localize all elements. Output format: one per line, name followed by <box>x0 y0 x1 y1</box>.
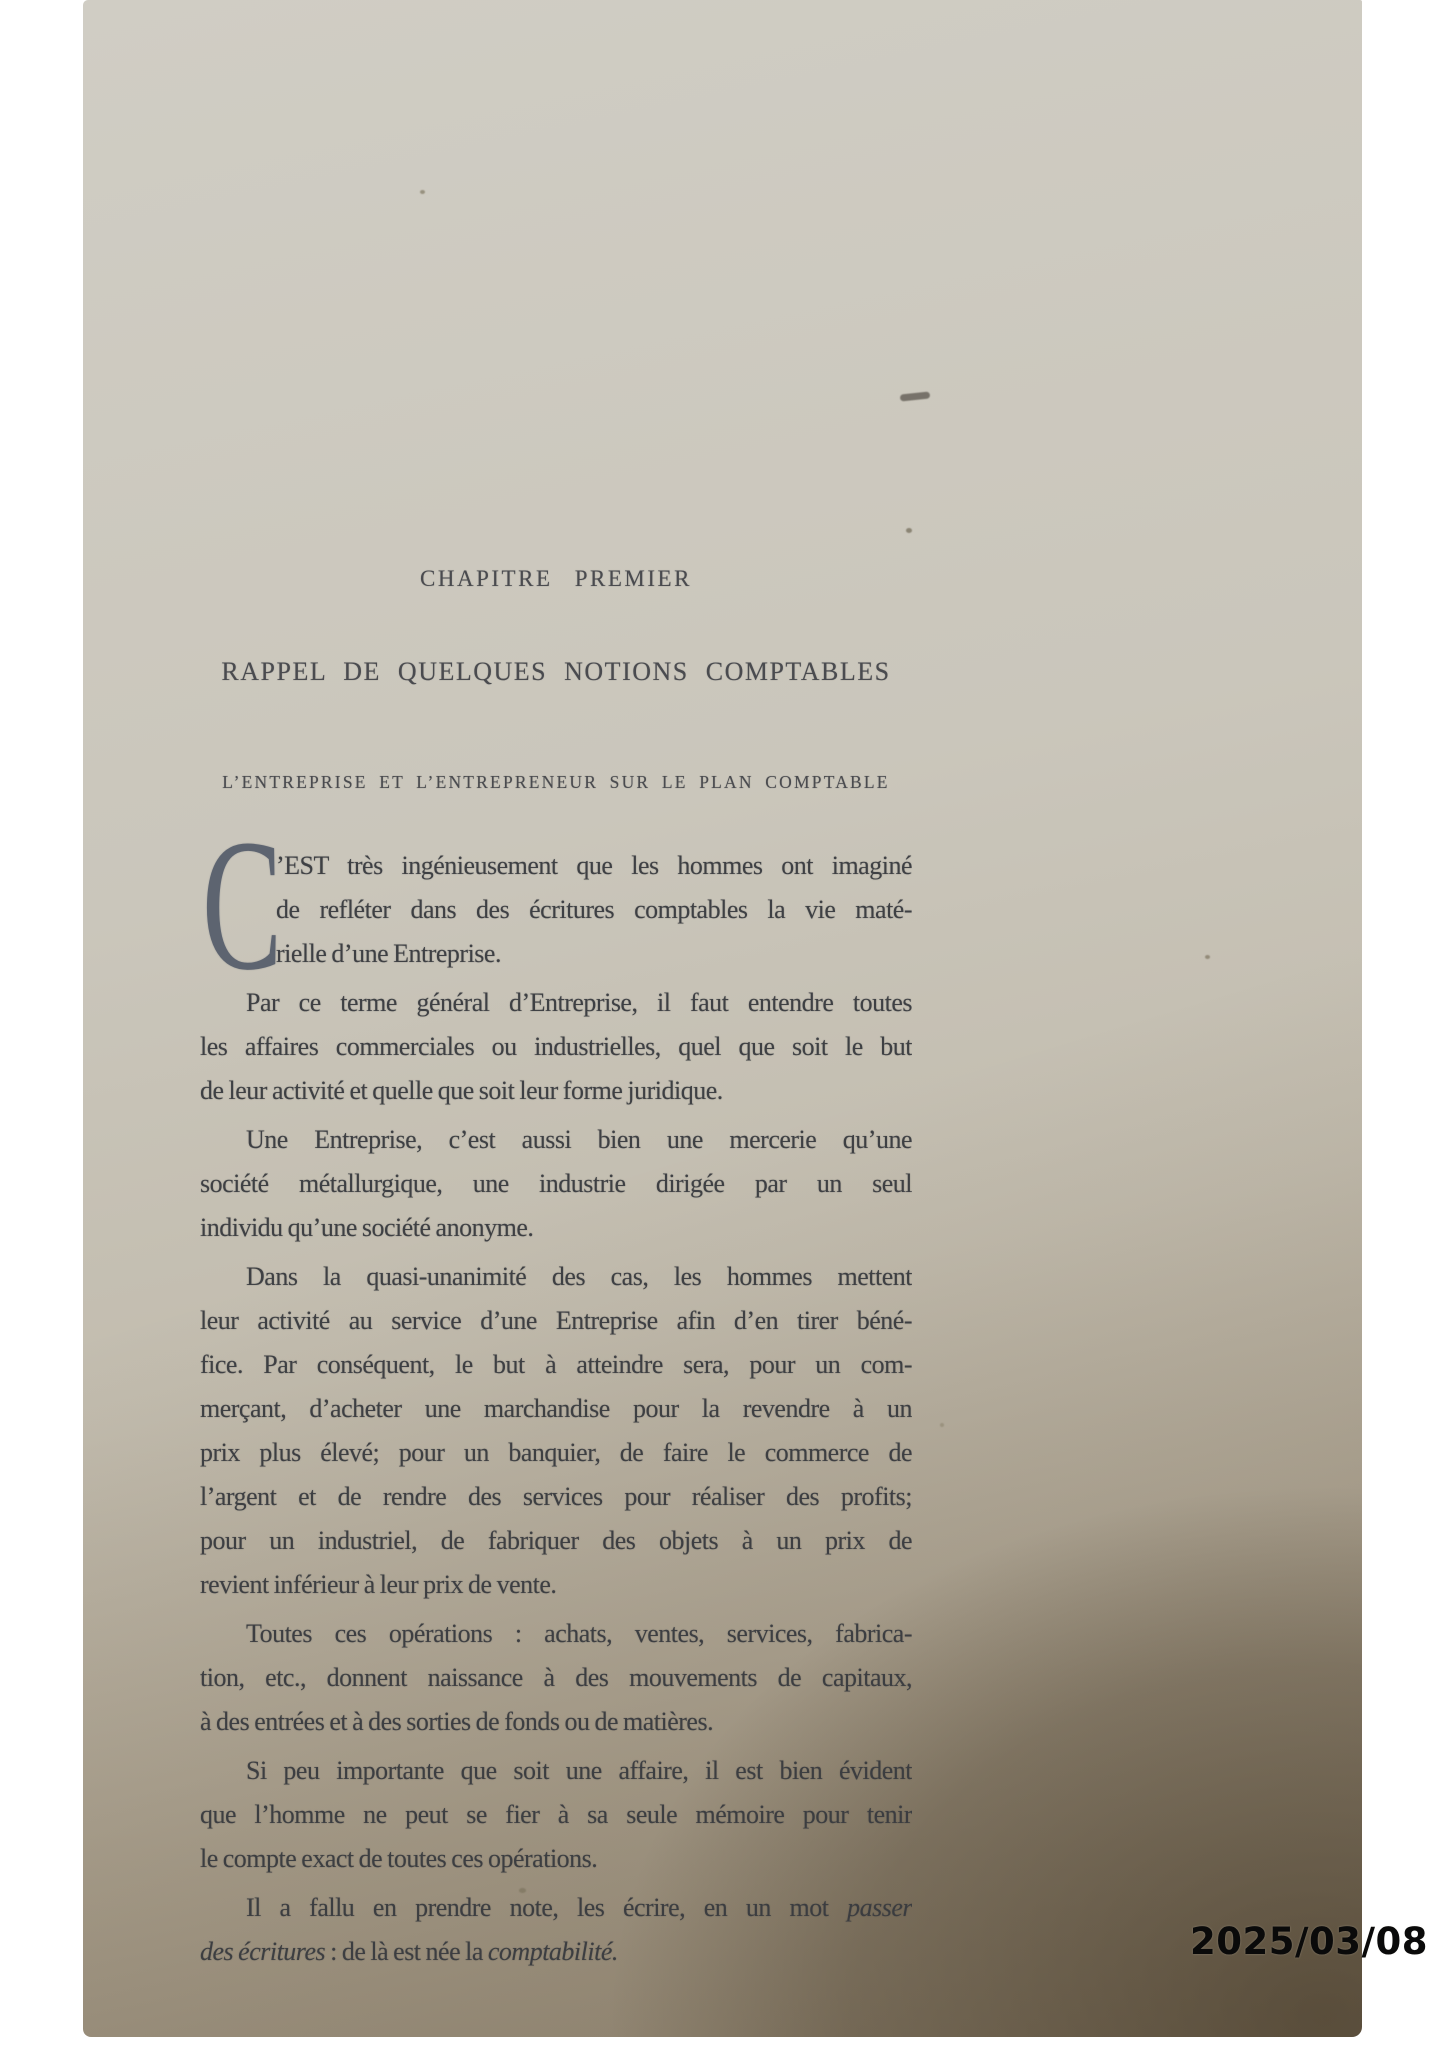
text-column: CHAPITRE PREMIER RAPPEL DE QUELQUES NOTI… <box>200 0 912 2037</box>
text-line: merçant, d’acheter une marchandise pour … <box>200 1387 912 1431</box>
text-line: l’argent et de rendre des services pour … <box>200 1475 912 1519</box>
paper-speck <box>940 1423 944 1427</box>
paragraph: Toutes ces opérations : achats, ventes, … <box>200 1612 912 1744</box>
paragraph: Il a fallu en prendre note, les écrire, … <box>200 1886 912 1974</box>
paper-speck <box>906 528 912 533</box>
text-line: de leur activité et quelle que soit leur… <box>200 1069 912 1113</box>
text-line: société métallurgique, une industrie dir… <box>200 1162 912 1206</box>
text-line: pour un industriel, de fabriquer des obj… <box>200 1519 912 1563</box>
text-line: des écritures : de là est née la comptab… <box>200 1930 912 1974</box>
paragraph: Si peu importante que soit une affaire, … <box>200 1749 912 1881</box>
plain-text: Il a fallu en prendre note, les écrire, … <box>246 1893 847 1922</box>
text-line: les affaires commerciales ou industriell… <box>200 1025 912 1069</box>
text-line: rielle d’une Entreprise. <box>200 932 912 976</box>
text-line: Une Entreprise, c’est aussi bien une mer… <box>200 1118 912 1162</box>
body-text: ’EST très ingénieusement que les hommes … <box>200 844 912 1979</box>
text-line: le compte exact de toutes ces opérations… <box>200 1837 912 1881</box>
text-line: individu qu’une société anonyme. <box>200 1206 912 1250</box>
plain-text: : de là est née la <box>325 1937 488 1966</box>
text-line: leur activité au service d’une Entrepris… <box>200 1299 912 1343</box>
italic-text: des écritures <box>200 1937 325 1966</box>
text-line: à des entrées et à des sorties de fonds … <box>200 1700 912 1744</box>
text-line: Il a fallu en prendre note, les écrire, … <box>200 1886 912 1930</box>
text-line: que l’homme ne peut se fier à sa seule m… <box>200 1793 912 1837</box>
text-line: ’EST très ingénieusement que les hommes … <box>200 844 912 888</box>
text-line: revient inférieur à leur prix de vente. <box>200 1563 912 1607</box>
text-line: Toutes ces opérations : achats, ventes, … <box>200 1612 912 1656</box>
text-line: tion, etc., donnent naissance à des mouv… <box>200 1656 912 1700</box>
book-page: CHAPITRE PREMIER RAPPEL DE QUELQUES NOTI… <box>83 0 1362 2037</box>
paragraph: Dans la quasi-unanimité des cas, les hom… <box>200 1255 912 1607</box>
text-line: Dans la quasi-unanimité des cas, les hom… <box>200 1255 912 1299</box>
paragraph: Par ce terme général d’Entreprise, il fa… <box>200 981 912 1113</box>
paper-speck <box>1205 955 1210 959</box>
paragraph: Une Entreprise, c’est aussi bien une mer… <box>200 1118 912 1250</box>
paper-speck <box>420 190 425 194</box>
italic-text: comptabilité. <box>488 1937 618 1966</box>
camera-timestamp: 2025/03/08 <box>1190 1923 1428 1960</box>
paragraph: ’EST très ingénieusement que les hommes … <box>200 844 912 976</box>
section-heading: L’ENTREPRISE ET L’ENTREPRENEUR SUR LE PL… <box>200 772 912 793</box>
book-page-photo: CHAPITRE PREMIER RAPPEL DE QUELQUES NOTI… <box>0 0 1445 2046</box>
text-line: de refléter dans des écritures comptable… <box>200 888 912 932</box>
text-line: Par ce terme général d’Entreprise, il fa… <box>200 981 912 1025</box>
paper-speck <box>519 1888 526 1893</box>
chapter-title: CHAPITRE PREMIER <box>200 566 912 592</box>
chapter-subtitle: RAPPEL DE QUELQUES NOTIONS COMPTABLES <box>200 657 912 687</box>
text-line: fice. Par conséquent, le but à atteindre… <box>200 1343 912 1387</box>
italic-text: passer <box>847 1893 912 1922</box>
text-line: prix plus élevé; pour un banquier, de fa… <box>200 1431 912 1475</box>
text-line: Si peu importante que soit une affaire, … <box>200 1749 912 1793</box>
